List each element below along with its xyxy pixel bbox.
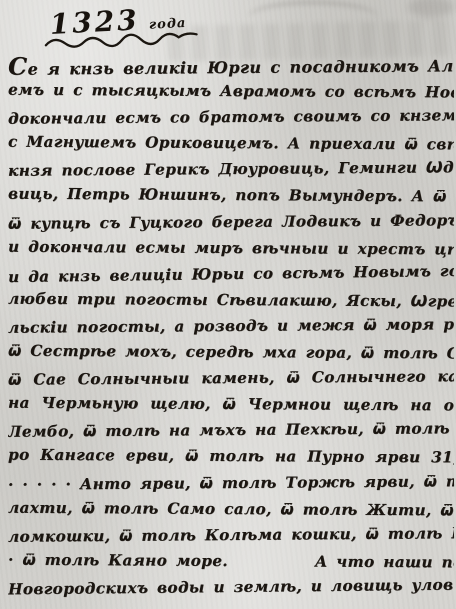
manuscript-line: емъ и с тысяцкымъ Аврамомъ со всѣмъ Новы… xyxy=(8,77,454,106)
manuscript-line: кнзя послове Герикъ Дюуровиць, Геминги Ѡ… xyxy=(8,155,454,185)
manuscript-line: виць, Петрь Юншинъ, попъ Вымундеръ. А ѿ … xyxy=(8,181,454,210)
manuscript-line: Се я кнзь великіи Юрги с посадникомъ Алф… xyxy=(8,50,454,80)
manuscript-line: · · · · · Анто ярви, ѿ толѣ Торжѣ ярви, … xyxy=(8,468,454,498)
manuscript-line: ро Кангасе ерви, ѿ толѣ на Пурно ярви 31… xyxy=(8,442,454,471)
bleed-through-blob xyxy=(408,0,454,18)
date-word: года xyxy=(149,16,187,33)
manuscript-line: ломкошки, ѿ толѣ Колѣма кошки, ѿ толѣ Па… xyxy=(8,520,454,550)
manuscript-line: льскіи погосты, а розводъ и межя ѿ моря … xyxy=(8,311,454,341)
manuscript-line: и докончали есмы миръ вѣчныи и хрестъ цѣ… xyxy=(8,233,454,262)
manuscript-line: Лембо, ѿ толѣ на мъхъ на Пехкѣи, ѿ толѣ … xyxy=(8,416,454,446)
manuscript-line: любви три погосты Сѣвилакшю, Яскы, Ѡгреб… xyxy=(8,285,454,314)
manuscript-line: ѿ Сае Солнычныи камень, ѿ Солнычнего кам… xyxy=(8,363,454,393)
manuscript-line: лахти, ѿ толѣ Само сало, ѿ толѣ Жити, ѿ … xyxy=(8,494,454,523)
manuscript-line: ѿ Сестрѣе мохъ, середѣ мха гора, ѿ толѣ … xyxy=(8,338,454,367)
manuscript-line: с Магнушемъ Ориковицемъ. А приехали ѿ св… xyxy=(8,129,454,158)
manuscript-line: ѿ купцѣ съ Гуцкого берега Лодвикъ и Федо… xyxy=(8,207,454,237)
manuscript-line: · ѿ толѣ Каяно море. А что наши погостов… xyxy=(8,546,454,575)
date-heading: 1323года xyxy=(49,0,203,52)
manuscript-line: докончали есмъ со братомъ своимъ со кнзе… xyxy=(8,102,454,132)
manuscript-line: Новгородскихъ воды и землѣ, и ловищь уло… xyxy=(8,572,454,603)
manuscript-line: на Чермьную щелю, ѿ Чермнои щелѣ на озер… xyxy=(8,390,454,419)
manuscript-photo: 1323года Се я кнзь великіи Юрги с посадн… xyxy=(0,0,456,609)
manuscript-text: Се я кнзь великіи Юрги с посадникомъ Алф… xyxy=(8,52,454,600)
